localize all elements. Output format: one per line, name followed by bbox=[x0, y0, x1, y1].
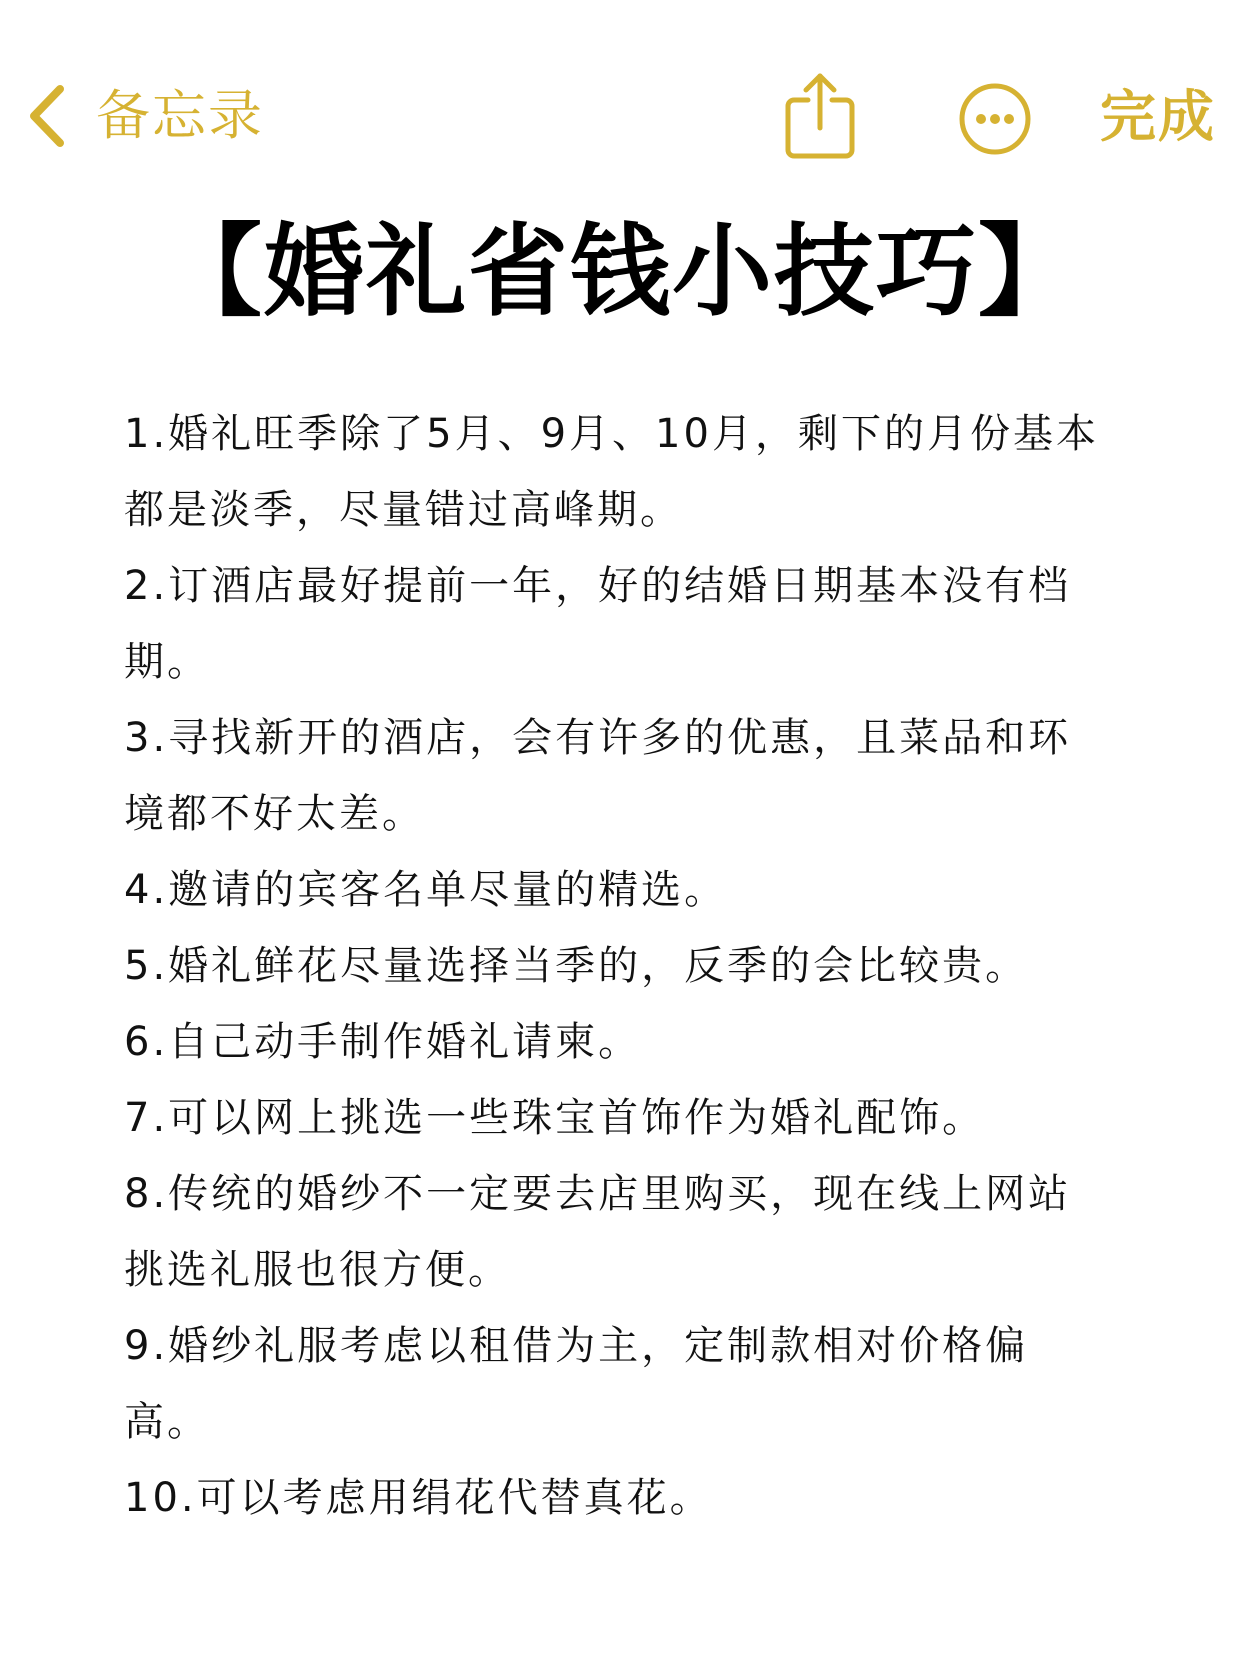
tip-2-line-1: 2.订酒店最好提前一年，好的结婚日期基本没有档 bbox=[124, 548, 1124, 624]
tip-10: 10.可以考虑用绢花代替真花。 bbox=[124, 1460, 1124, 1536]
navigation-bar: 备忘录 完成 bbox=[0, 60, 1242, 170]
tip-1-line-2: 都是淡季，尽量错过高峰期。 bbox=[124, 472, 1124, 548]
tip-6: 6.自己动手制作婚礼请柬。 bbox=[124, 1004, 1124, 1080]
tip-5: 5.婚礼鲜花尽量选择当季的，反季的会比较贵。 bbox=[124, 928, 1124, 1004]
tip-9-line-2: 高。 bbox=[124, 1384, 1124, 1460]
back-button[interactable]: 备忘录 bbox=[26, 78, 264, 154]
chevron-left-icon bbox=[26, 83, 70, 149]
ellipsis-circle-icon bbox=[958, 82, 1032, 156]
note-body[interactable]: 1.婚礼旺季除了5月、9月、10月，剩下的月份基本 都是淡季，尽量错过高峰期。 … bbox=[124, 396, 1124, 1536]
tip-7: 7.可以网上挑选一些珠宝首饰作为婚礼配饰。 bbox=[124, 1080, 1124, 1156]
tip-8-line-1: 8.传统的婚纱不一定要去店里购买，现在线上网站 bbox=[124, 1156, 1124, 1232]
tip-8-line-2: 挑选礼服也很方便。 bbox=[124, 1232, 1124, 1308]
tip-1-line-1: 1.婚礼旺季除了5月、9月、10月，剩下的月份基本 bbox=[124, 396, 1124, 472]
note-title: 【婚礼省钱小技巧】 bbox=[0, 212, 1242, 332]
tip-9-line-1: 9.婚纱礼服考虑以租借为主，定制款相对价格偏 bbox=[124, 1308, 1124, 1384]
share-button[interactable] bbox=[784, 70, 856, 160]
done-button[interactable]: 完成 bbox=[1100, 82, 1216, 154]
more-options-button[interactable] bbox=[958, 82, 1032, 156]
share-icon bbox=[784, 70, 856, 160]
tip-2-line-2: 期。 bbox=[124, 624, 1124, 700]
back-label: 备忘录 bbox=[96, 89, 264, 143]
tip-4: 4.邀请的宾客名单尽量的精选。 bbox=[124, 852, 1124, 928]
tip-3-line-1: 3.寻找新开的酒店，会有许多的优惠，且菜品和环 bbox=[124, 700, 1124, 776]
tip-3-line-2: 境都不好太差。 bbox=[124, 776, 1124, 852]
